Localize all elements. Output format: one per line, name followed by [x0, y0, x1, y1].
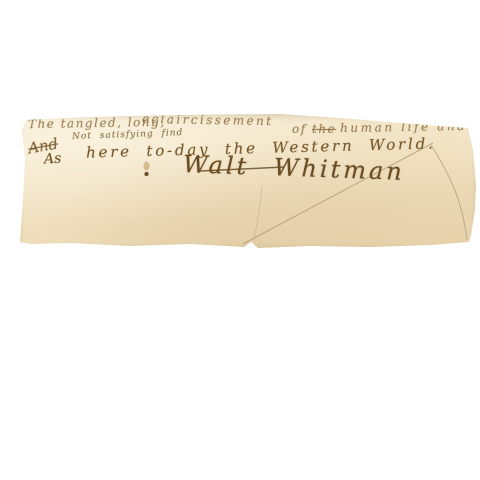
manuscript-line1-ending: human life and	[340, 119, 468, 135]
manuscript-fragment: The tangled, long, eclaircissement of th…	[18, 112, 478, 250]
signature: Walt Whitman	[183, 150, 406, 186]
crease-line-right	[431, 145, 467, 240]
manuscript-line1-eclaircissement: eclaircissement	[142, 112, 274, 128]
photo-background: The tangled, long, eclaircissement of th…	[0, 0, 480, 480]
ink-blot-dot	[144, 172, 148, 176]
manuscript-line3-as: As	[44, 151, 62, 168]
scratch-line	[254, 186, 262, 241]
manuscript-line1-of: of	[292, 122, 307, 136]
ink-blot-smudge	[144, 162, 150, 171]
manuscript-line1-struck-word: the	[312, 122, 336, 136]
